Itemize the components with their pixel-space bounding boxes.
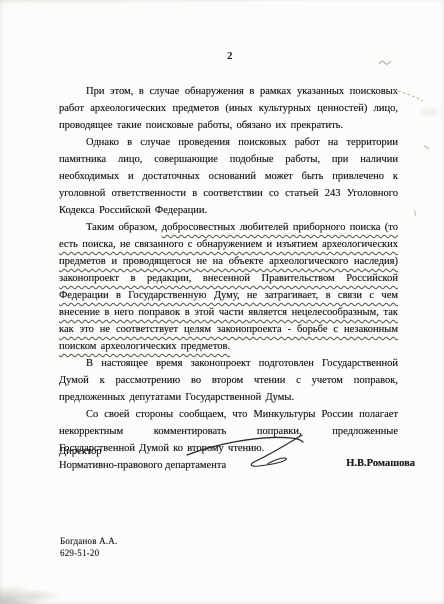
executor-phone: 629-51-20 (60, 548, 117, 560)
paragraph-2: Однако в случае проведения поисковых раб… (59, 134, 398, 219)
handwritten-signature-icon (185, 431, 315, 469)
signer-name: Н.В.Ромашова (346, 457, 415, 471)
scanned-letter-page: 2 При этом, в случае обнаружения в рамка… (0, 0, 444, 604)
executor-name: Богданов А.А. (60, 536, 117, 548)
executor-footer: Богданов А.А. 629-51-20 (60, 536, 117, 559)
page-number: 2 (0, 50, 444, 62)
letter-body: При этом, в случае обнаружения в рамках … (59, 83, 398, 457)
paragraph-1: При этом, в случае обнаружения в рамках … (59, 83, 398, 134)
paragraph-3: Таким образом, добросовестных любителей … (59, 219, 398, 355)
pencil-underlined-text: добросовестных любителей приборного поис… (59, 222, 398, 352)
paragraph-4: В настоящее время законопроект подготовл… (59, 355, 398, 406)
paragraph-3-lead: Таким образом, (86, 222, 162, 233)
